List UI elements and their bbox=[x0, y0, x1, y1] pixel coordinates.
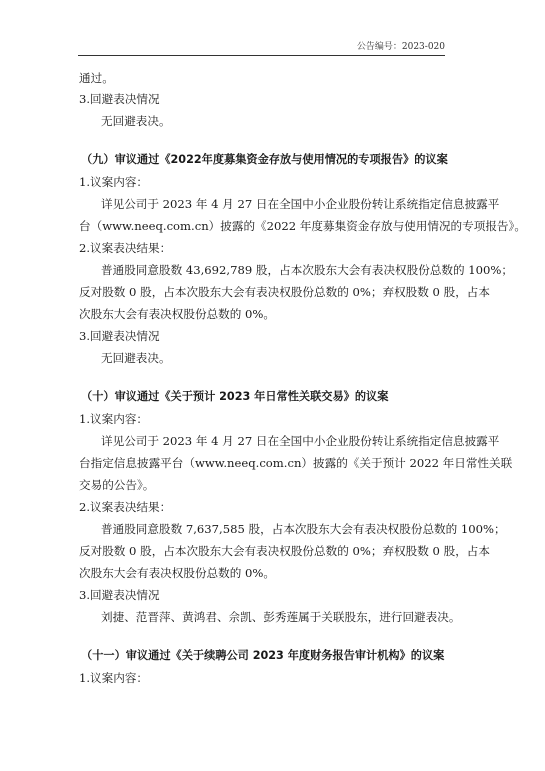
announcement-number: 公告编号：2023-020 bbox=[357, 39, 445, 52]
text-line: 3.回避表决情况 bbox=[79, 91, 160, 107]
text-line: 2.议案表决结果： bbox=[79, 240, 171, 256]
section-heading: （十）审议通过《关于预计 2023 年日常性关联交易》的议案 bbox=[81, 389, 388, 405]
text-line: 反对股数 0 股，占本次股东大会有表决权股份总数的 0%；弃权股数 0 股，占本 bbox=[79, 284, 490, 300]
text-line: 2.议案表决结果： bbox=[79, 499, 171, 515]
text-line: 刘捷、范晋萍、黄鸿君、佘凯、彭秀莲属于关联股东，进行回避表决。 bbox=[101, 609, 460, 625]
text-line: 无回避表决。 bbox=[101, 113, 171, 129]
section-heading: （十一）审议通过《关于续聘公司 2023 年度财务报告审计机构》的议案 bbox=[81, 648, 444, 664]
text-line: 次股东大会有表决权股份总数的 0%。 bbox=[79, 306, 275, 322]
text-line: 普通股同意股数 7,637,585 股，占本次股东大会有表决权股份总数的 100… bbox=[101, 521, 506, 537]
text-line: 通过。 bbox=[79, 70, 114, 86]
section-heading: （九）审议通过《2022年度募集资金存放与使用情况的专项报告》的议案 bbox=[81, 152, 448, 168]
text-line: 无回避表决。 bbox=[101, 350, 171, 366]
text-line: 台指定信息披露平台（www.neeq.com.cn）披露的《关于预计 2022 … bbox=[79, 455, 512, 471]
text-line: 1.议案内容： bbox=[79, 411, 148, 427]
text-line: 3.回避表决情况 bbox=[79, 587, 160, 603]
text-line: 次股东大会有表决权股份总数的 0%。 bbox=[79, 565, 275, 581]
text-line: 1.议案内容： bbox=[79, 174, 148, 190]
text-line: 反对股数 0 股，占本次股东大会有表决权股份总数的 0%；弃权股数 0 股，占本 bbox=[79, 543, 490, 559]
text-line: 普通股同意股数 43,692,789 股，占本次股东大会有表决权股份总数的 10… bbox=[101, 262, 513, 278]
text-line: 台（www.neeq.com.cn）披露的《2022 年度募集资金存放与使用情况… bbox=[79, 218, 526, 234]
text-line: 3.回避表决情况 bbox=[79, 328, 160, 344]
text-line: 交易的公告》。 bbox=[79, 477, 154, 493]
text-line: 详见公司于 2023 年 4 月 27 日在全国中小企业股份转让系统指定信息披露… bbox=[101, 196, 499, 212]
text-line: 1.议案内容： bbox=[79, 670, 148, 686]
header-rule bbox=[78, 55, 445, 56]
text-line: 详见公司于 2023 年 4 月 27 日在全国中小企业股份转让系统指定信息披露… bbox=[101, 433, 499, 449]
